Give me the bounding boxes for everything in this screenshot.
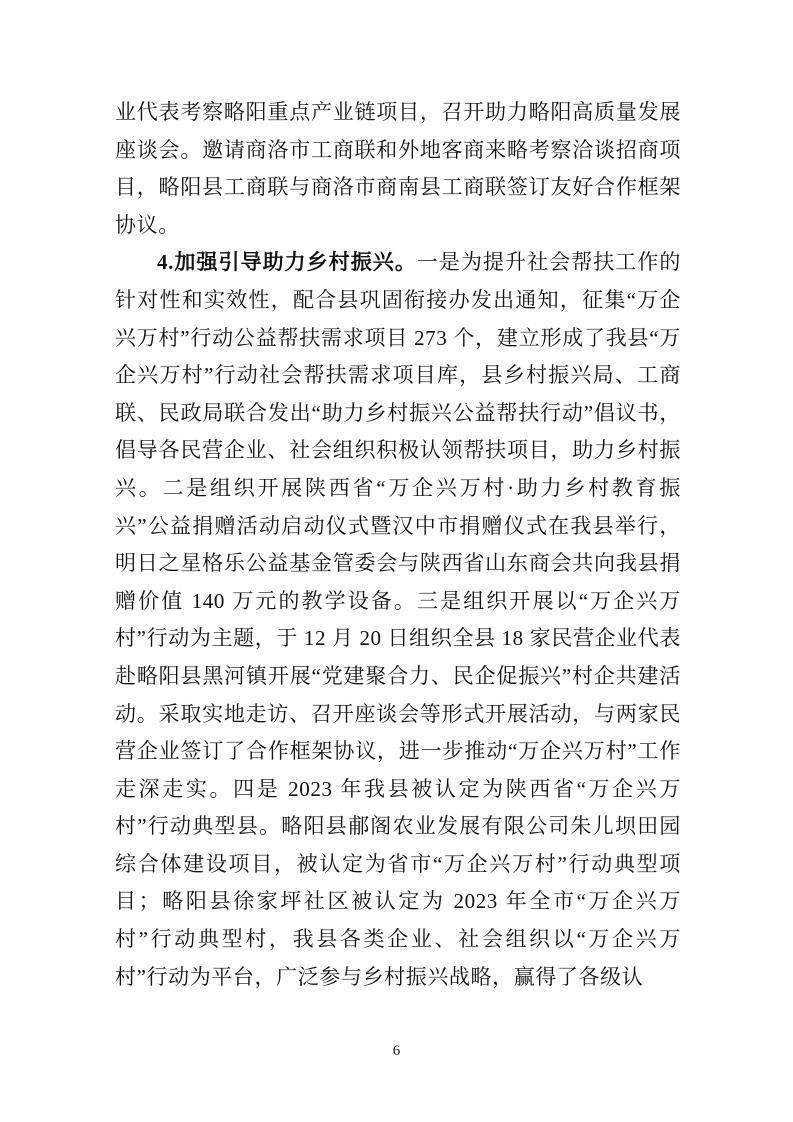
document-page: 业代表考察略阳重点产业链项目，召开助力略阳高质量发展座谈会。邀请商洛市工商联和外… xyxy=(0,0,793,1122)
paragraph-continuation: 业代表考察略阳重点产业链项目，召开助力略阳高质量发展座谈会。邀请商洛市工商联和外… xyxy=(115,94,681,244)
paragraph-section-4: 4.加强引导助力乡村振兴。一是为提升社会帮扶工作的针对性和实效性，配合县巩固衔接… xyxy=(115,244,681,996)
section-4-body: 一是为提升社会帮扶工作的针对性和实效性，配合县巩固衔接办发出通知，征集“万企兴万… xyxy=(115,250,681,988)
section-4-heading: 4.加强引导助力乡村振兴。 xyxy=(157,250,417,274)
page-content: 业代表考察略阳重点产业链项目，召开助力略阳高质量发展座谈会。邀请商洛市工商联和外… xyxy=(115,94,681,996)
page-number: 6 xyxy=(0,1043,793,1060)
